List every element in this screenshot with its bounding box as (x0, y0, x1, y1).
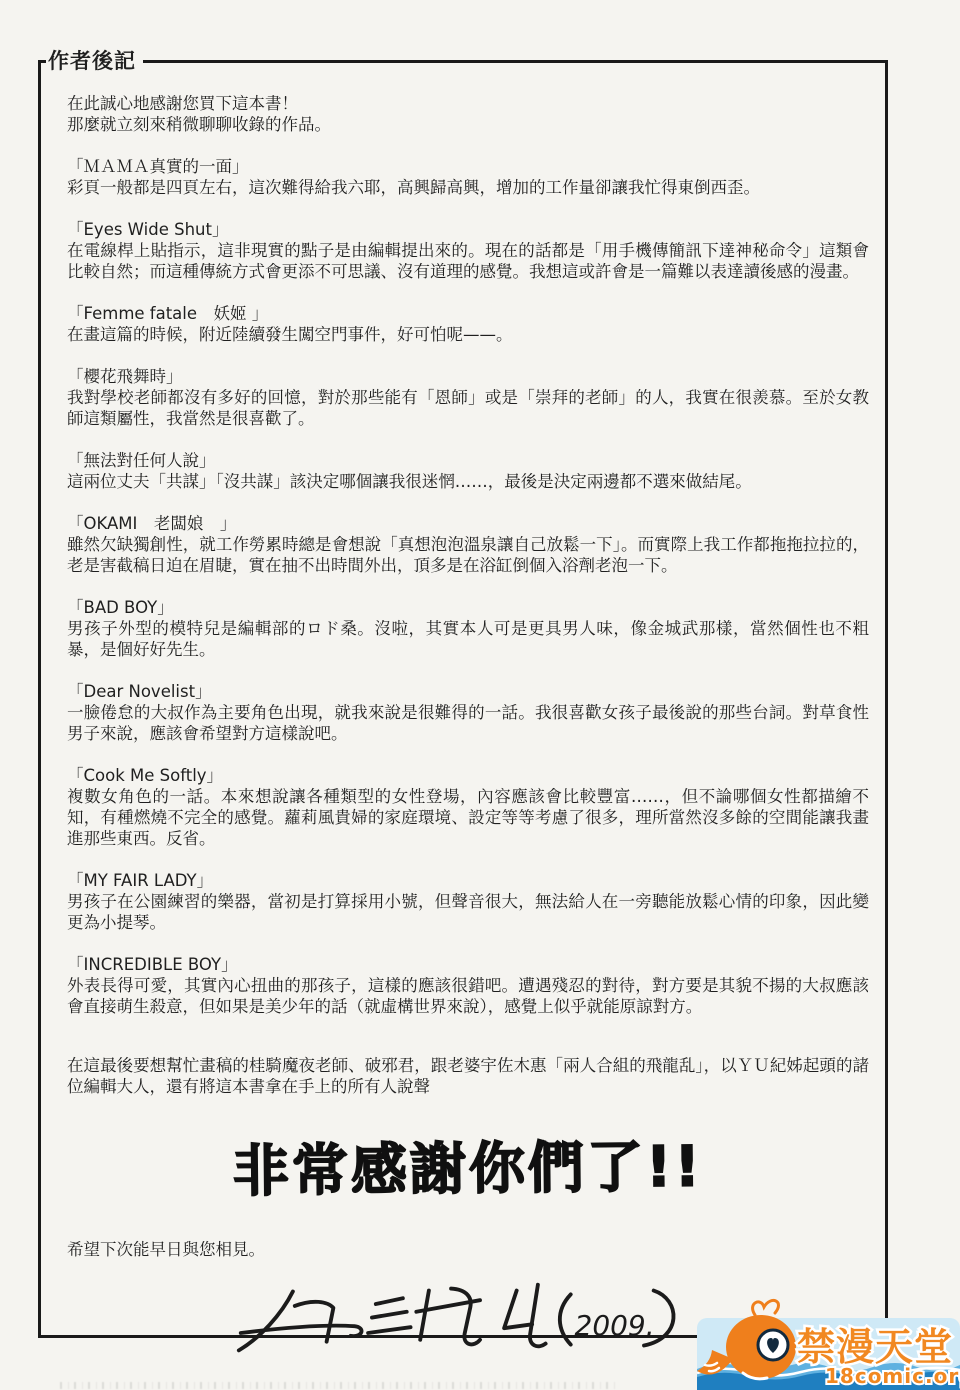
section-okami: 「OKAMI 老闆娘 」 雖然欠缺獨創性，就工作勞累時總是會想說「真想泡泡溫泉讓… (67, 513, 869, 576)
section-title: 「ＭＡＭＡ真實的一面」 (67, 156, 869, 177)
big-thanks-text: 非常感謝你們了!! (67, 1133, 870, 1207)
author-signature: 2009. (228, 1278, 678, 1360)
signature-year: 2009. (575, 1309, 655, 1342)
section-title: 「Cook Me Softly」 (67, 765, 869, 786)
section-body: 彩頁一般都是四頁左右，這次難得給我六耶，高興歸高興，增加的工作量卻讓我忙得東倒西… (67, 177, 869, 198)
intro-paragraph: 在此誠心地感謝您買下這本書！ 那麼就立刻來稍微聊聊收錄的作品。 (67, 93, 869, 135)
section-body: 一臉倦怠的大叔作為主要角色出現，就我來說是很難得的一話。我很喜歡女孩子最後說的那… (67, 702, 869, 744)
section-title: 「Eyes Wide Shut」 (67, 219, 869, 240)
section-body: 這兩位丈夫「共謀」「沒共謀」該決定哪個讓我很迷惘……，最後是決定兩邊都不選來做結… (67, 471, 869, 492)
site-watermark: 禁漫天堂 18comic.org (685, 1295, 960, 1390)
section-title: 「櫻花飛舞時」 (67, 366, 869, 387)
section-femme-fatale: 「Femme fatale 妖姬 」 在畫這篇的時候，附近陸續發生闖空門事件，好… (67, 303, 869, 345)
section-body: 雖然欠缺獨創性，就工作勞累時總是會想說「真想泡泡溫泉讓自己放鬆一下」。而實際上我… (67, 534, 869, 576)
watermark-site-name: 禁漫天堂 (797, 1325, 953, 1369)
closing-paragraph: 在這最後要想幫忙畫稿的桂騎魔夜老師、破邪君，跟老婆宇佐木惠「兩人合組的飛龍乱」，… (67, 1055, 869, 1097)
afterword-content: 在此誠心地感謝您買下這本書！ 那麼就立刻來稍微聊聊收錄的作品。 「ＭＡＭＡ真實的… (41, 63, 885, 1260)
section-title: 「Dear Novelist」 (67, 681, 869, 702)
section-title: 「INCREDIBLE BOY」 (67, 954, 869, 975)
section-bad-boy: 「BAD BOY」 男孩子外型的模特兒是編輯部的ロド桑。沒啦，其實本人可是更具男… (67, 597, 869, 660)
cut-off-text-remnant (60, 1382, 620, 1389)
intro-line-1: 在此誠心地感謝您買下這本書！ (67, 93, 869, 114)
intro-line-2: 那麼就立刻來稍微聊聊收錄的作品。 (67, 114, 869, 135)
section-body: 在畫這篇的時候，附近陸續發生闖空門事件，好可怕呢——。 (67, 324, 869, 345)
section-title: 「無法對任何人說」 (67, 450, 869, 471)
section-dear-novelist: 「Dear Novelist」 一臉倦怠的大叔作為主要角色出現，就我來說是很難得… (67, 681, 869, 744)
section-incredible-boy: 「INCREDIBLE BOY」 外表長得可愛，其實內心扭曲的那孩子，這樣的應該… (67, 954, 869, 1017)
section-sakura: 「櫻花飛舞時」 我對學校老師都沒有多好的回憶，對於那些能有「恩師」或是「崇拜的老… (67, 366, 869, 429)
section-cook-me-softly: 「Cook Me Softly」 複數女角色的一話。本來想說讓各種類型的女性登場… (67, 765, 869, 849)
afterword-page: 作者後記 在此誠心地感謝您買下這本書！ 那麼就立刻來稍微聊聊收錄的作品。 「ＭＡ… (0, 0, 960, 1390)
section-title: 「MY FAIR LADY」 (67, 870, 869, 891)
section-body: 男孩子外型的模特兒是編輯部的ロド桑。沒啦，其實本人可是更具男人味，像金城武那樣，… (67, 618, 869, 660)
section-title: 「Femme fatale 妖姬 」 (67, 303, 869, 324)
afterword-frame: 作者後記 在此誠心地感謝您買下這本書！ 那麼就立刻來稍微聊聊收錄的作品。 「ＭＡ… (38, 60, 888, 1338)
section-mama: 「ＭＡＭＡ真實的一面」 彩頁一般都是四頁左右，這次難得給我六耶，高興歸高興，增加… (67, 156, 869, 198)
section-title: 「BAD BOY」 (67, 597, 869, 618)
section-eyes-wide-shut: 「Eyes Wide Shut」 在電線桿上貼指示，這非現實的點子是由編輯提出來… (67, 219, 869, 282)
section-body: 複數女角色的一話。本來想說讓各種類型的女性登場，內容應該會比較豐富……，但不論哪… (67, 786, 869, 849)
farewell-line: 希望下次能早日與您相見。 (67, 1239, 869, 1260)
section-body: 外表長得可愛，其實內心扭曲的那孩子，這樣的應該很錯吧。遭遇殘忍的對待，對方要是其… (67, 975, 869, 1017)
frame-title: 作者後記 (46, 48, 143, 74)
watermark-site-url: 18comic.org (825, 1364, 960, 1388)
section-my-fair-lady: 「MY FAIR LADY」 男孩子在公園練習的樂器，當初是打算採用小號，但聲音… (67, 870, 869, 933)
section-title: 「OKAMI 老闆娘 」 (67, 513, 869, 534)
section-body: 男孩子在公園練習的樂器，當初是打算採用小號，但聲音很大，無法給人在一旁聽能放鬆心… (67, 891, 869, 933)
section-body: 在電線桿上貼指示，這非現實的點子是由編輯提出來的。現在的話都是「用手機傳簡訊下達… (67, 240, 869, 282)
section-cant-tell-anyone: 「無法對任何人說」 這兩位丈夫「共謀」「沒共謀」該決定哪個讓我很迷惘……，最後是… (67, 450, 869, 492)
section-body: 我對學校老師都沒有多好的回憶，對於那些能有「恩師」或是「崇拜的老師」的人，我實在… (67, 387, 869, 429)
